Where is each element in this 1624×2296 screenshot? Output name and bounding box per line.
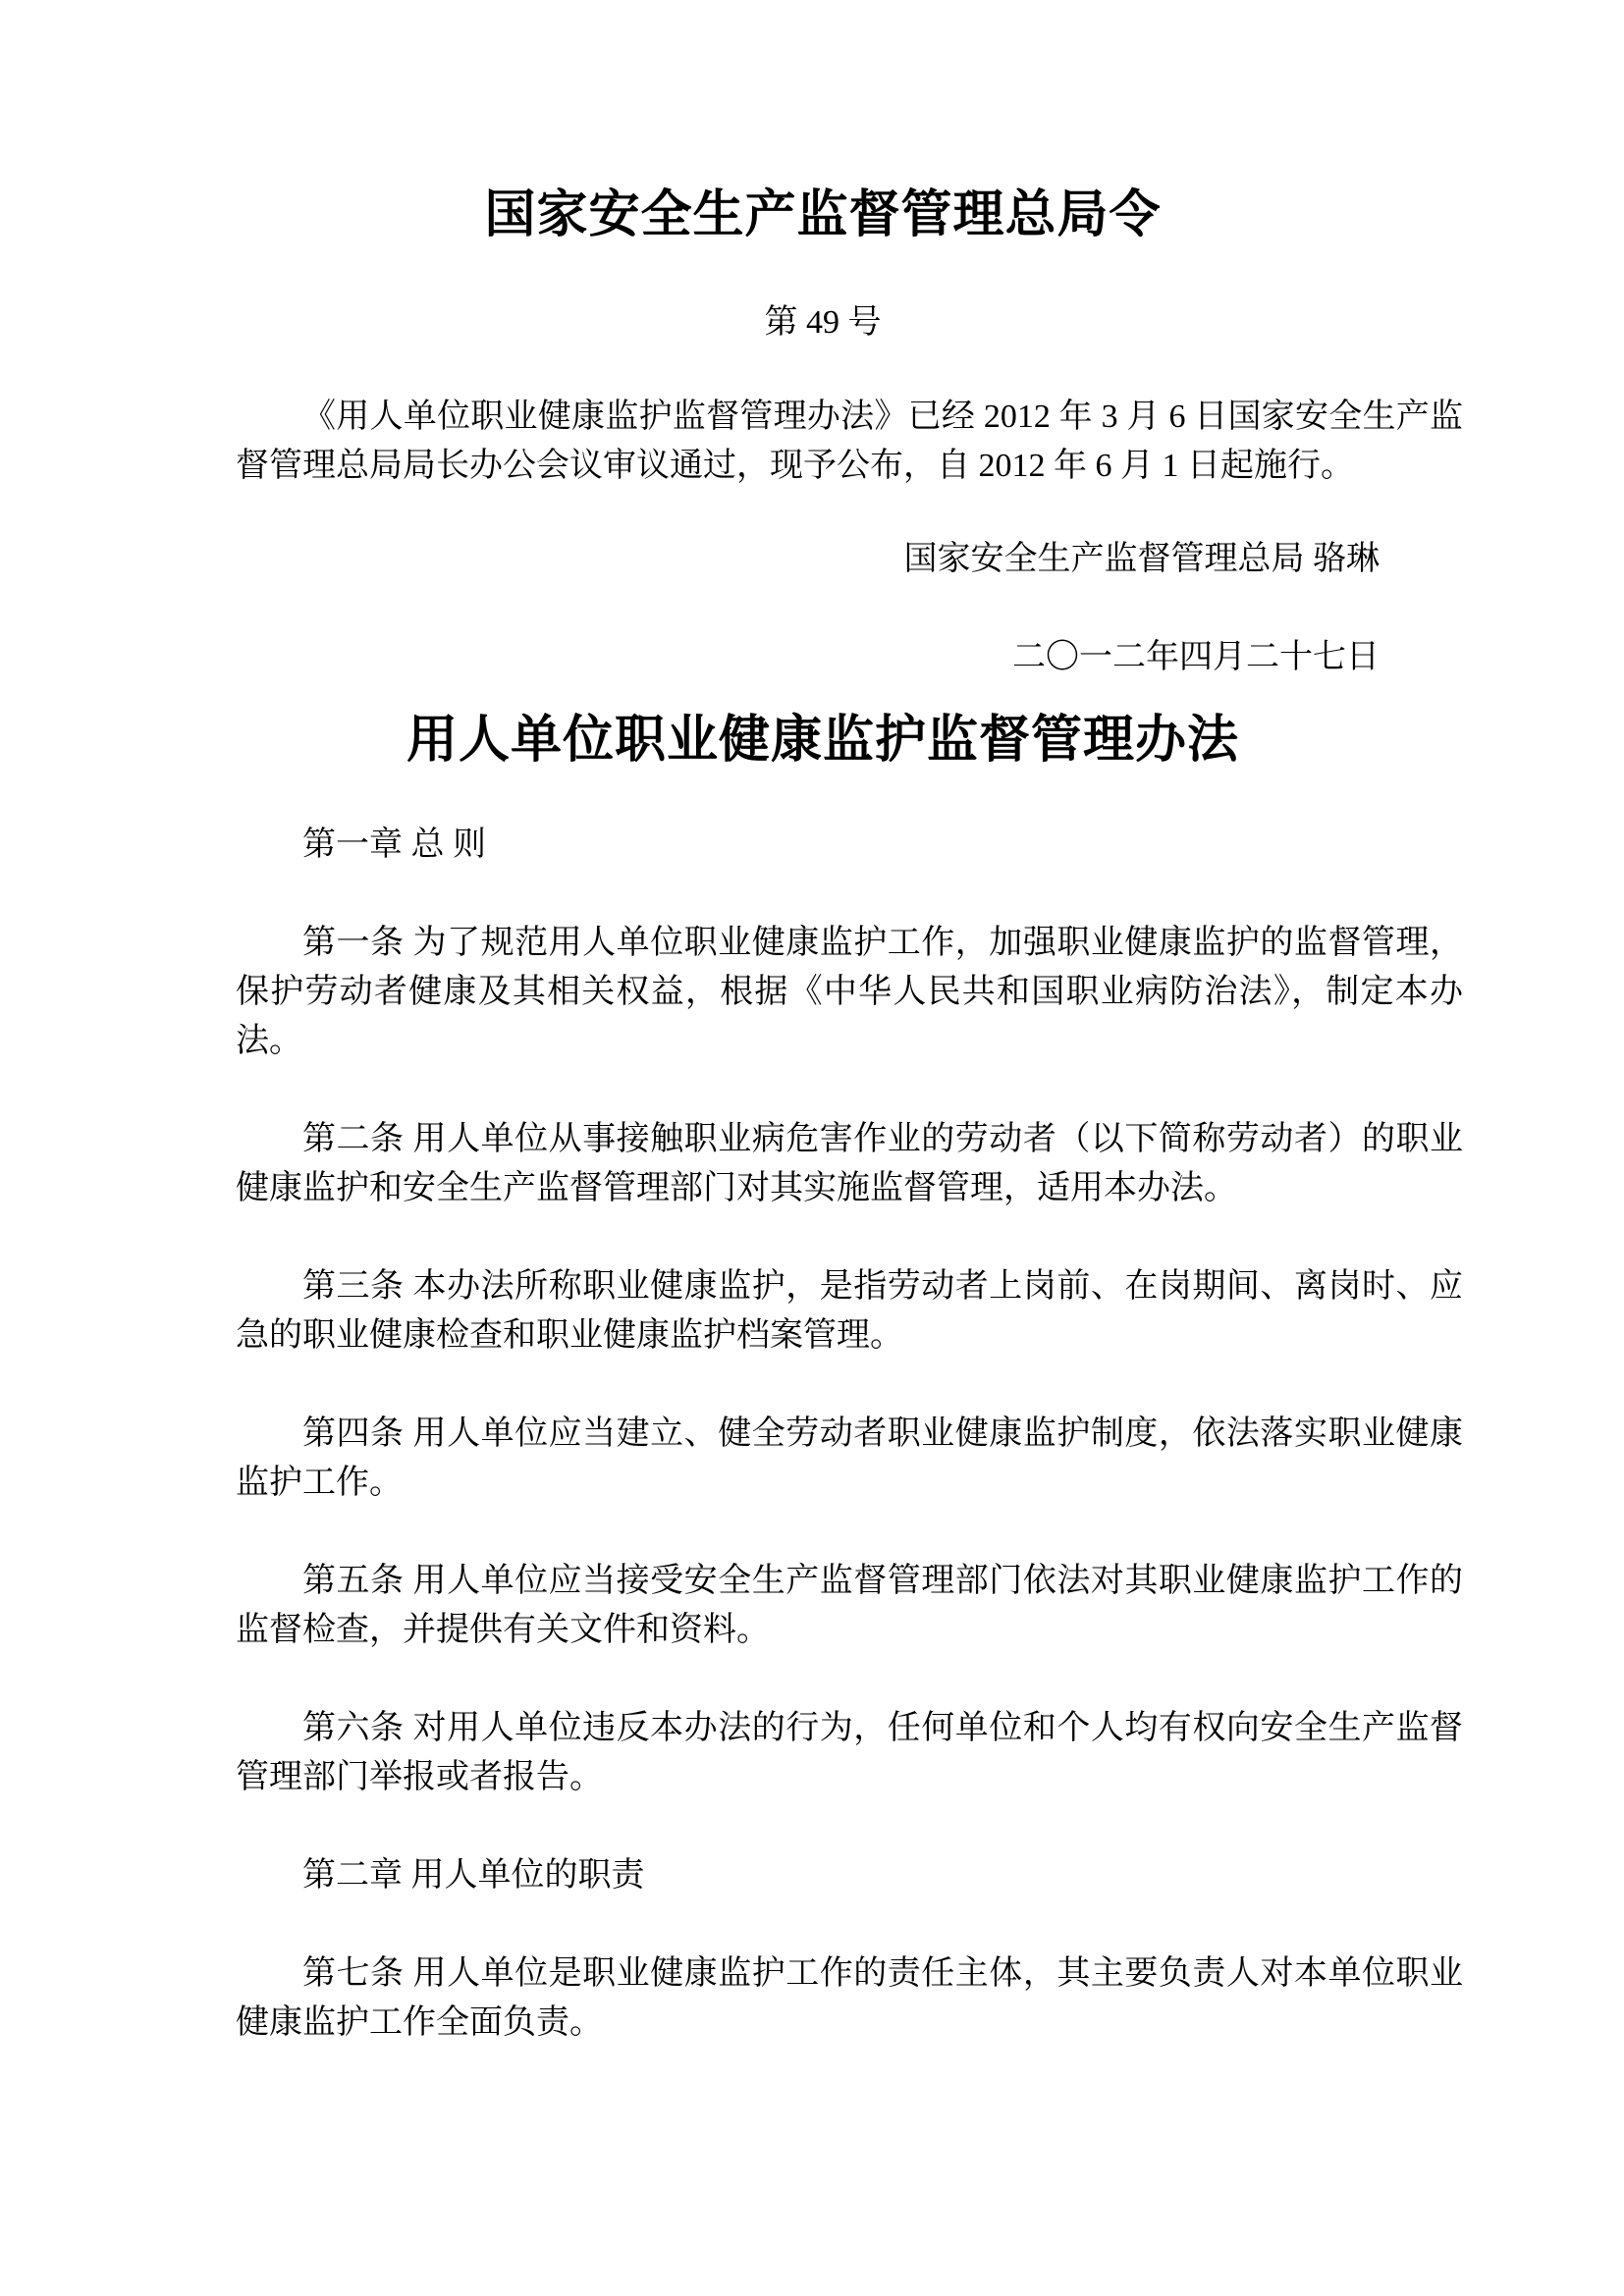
chapter-heading: 第一章 总 则 — [236, 821, 1463, 870]
article-paragraph: 第五条 用人单位应当接受安全生产监督管理部门依法对其职业健康监护工作的监督检查，… — [236, 1557, 1463, 1655]
decree-title: 国家安全生产监督管理总局令 — [236, 187, 1410, 245]
article-paragraph: 第三条 本办法所称职业健康监护，是指劳动者上岗前、在岗期间、离岗时、应急的职业健… — [236, 1262, 1463, 1361]
article-paragraph: 第七条 用人单位是职业健康监护工作的责任主体，其主要负责人对本单位职业健康监护工… — [236, 1949, 1463, 2048]
signature-line: 国家安全生产监督管理总局 骆琳 — [236, 535, 1463, 584]
article-paragraph: 第四条 用人单位应当建立、健全劳动者职业健康监护制度，依法落实职业健康监护工作。 — [236, 1410, 1463, 1508]
regulation-title: 用人单位职业健康监护监督管理办法 — [236, 709, 1410, 774]
document-page: 国家安全生产监督管理总局令 第 49 号 《用人单位职业健康监护监督管理办法》已… — [0, 0, 1624, 2296]
article-paragraph: 第一条 为了规范用人单位职业健康监护工作，加强职业健康监护的监督管理，保护劳动者… — [236, 919, 1463, 1066]
date-line: 二〇一二年四月二十七日 — [236, 633, 1463, 682]
chapter-heading: 第二章 用人单位的职责 — [236, 1851, 1463, 1900]
article-paragraph: 第二条 用人单位从事接触职业病危害作业的劳动者（以下简称劳动者）的职业健康监护和… — [236, 1115, 1463, 1213]
decree-intro-paragraph: 《用人单位职业健康监护监督管理办法》已经 2012 年 3 月 6 日国家安全生… — [236, 393, 1463, 491]
article-paragraph: 第六条 对用人单位违反本办法的行为，任何单位和个人均有权向安全生产监督管理部门举… — [236, 1704, 1463, 1802]
decree-number: 第 49 号 — [236, 298, 1410, 347]
